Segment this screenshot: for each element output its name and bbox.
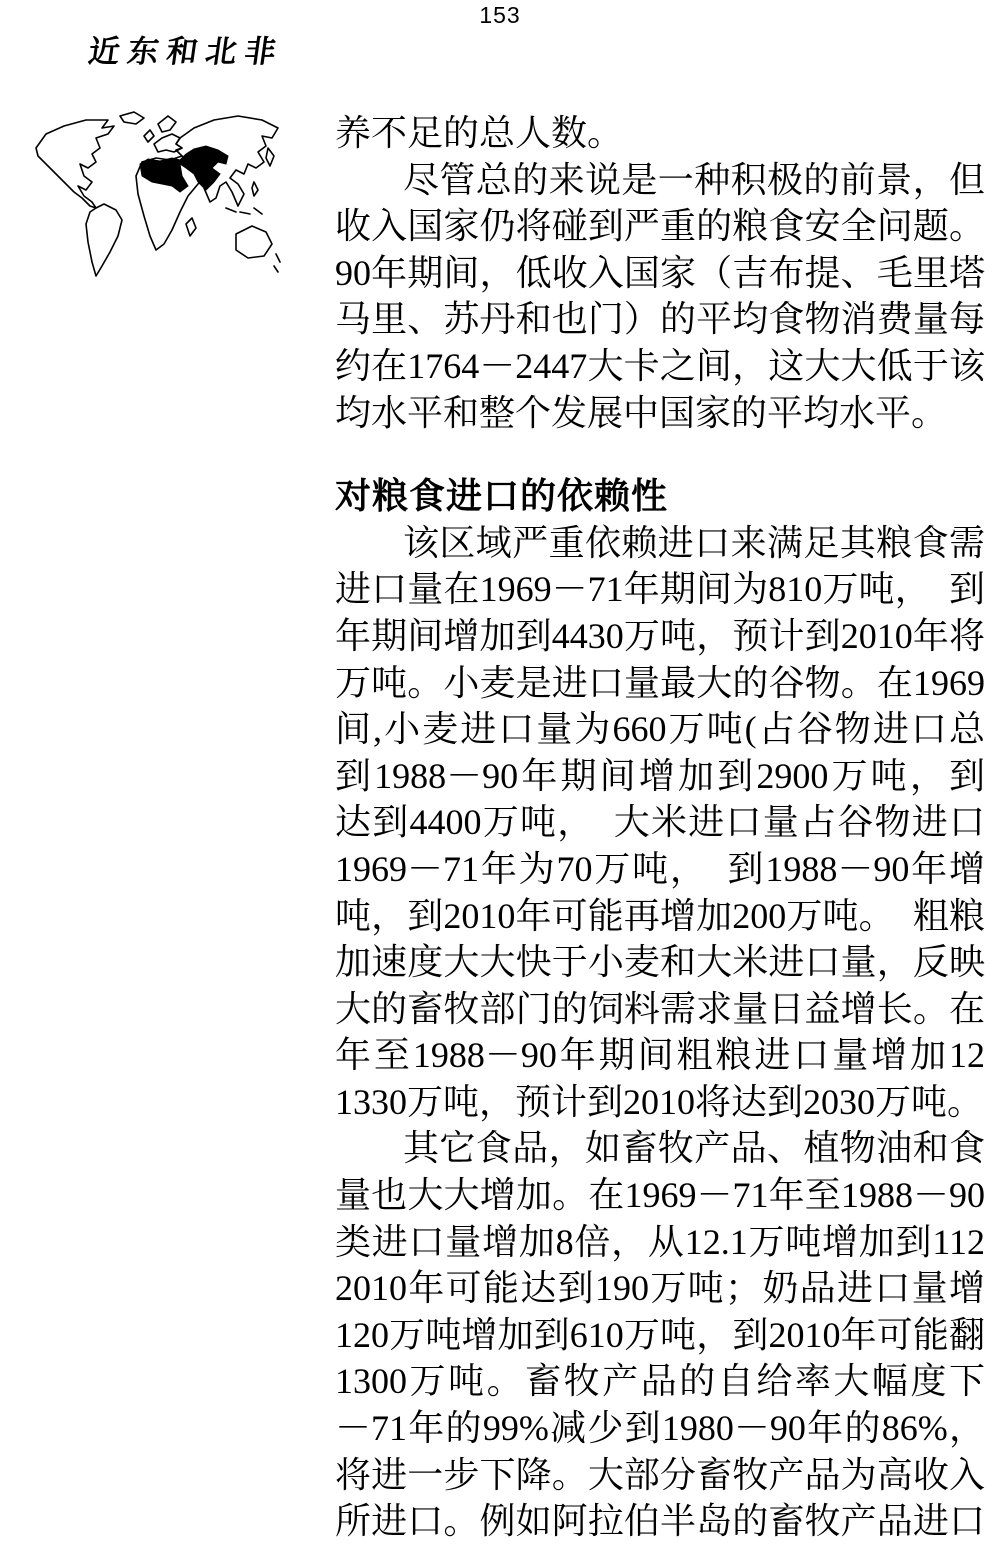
page-number: 153 — [0, 2, 1000, 29]
text-line: 年至1988－90年期间粗粮进口量增加12倍，增加到 — [335, 1032, 985, 1079]
text-line: 到1988－90年期间增加到2900万吨，到2010年可能 — [335, 753, 985, 800]
region-title: 近东和北非 — [86, 26, 287, 71]
text-line: 120万吨增加到610万吨，到2010年可能翻番，达到 — [335, 1312, 985, 1359]
world-map-highlight-near-east-north-africa — [30, 104, 286, 290]
text-line: －71年的99%减少到1980－90年的86%，预计今后 — [335, 1405, 985, 1452]
text-line: 所进口。例如阿拉伯半岛的畜牧产品进口值占该区 — [335, 1498, 985, 1545]
text-line: 90年期间，低收入国家（吉布提、毛里塔尼亚、索 — [335, 250, 985, 297]
text-line: 间,小麦进口量为660万吨(占谷物进口总量的82%)， — [335, 706, 985, 753]
text-line: 进口量在1969－71年期间为810万吨， 到1988－90 — [335, 566, 985, 613]
text-line: 该区域严重依赖进口来满足其粮食需要。谷物 — [335, 520, 985, 567]
text-line: 达到4400万吨， 大米进口量占谷物进口量的8%， — [335, 799, 985, 846]
text-line: 吨，到2010年可能再增加200万吨。 粗粮进口量增 — [335, 893, 985, 940]
text-line: 马里、苏丹和也门）的平均食物消费量每日每人大 — [335, 296, 985, 343]
text-line: 养不足的总人数。 — [335, 110, 985, 157]
text-line: 将进一步下降。大部分畜牧产品为高收入的产油国 — [335, 1452, 985, 1499]
body-text-column: 养不足的总人数。 尽管总的来说是一种积极的前景，但该区域低 收入国家仍将碰到严重… — [335, 110, 985, 1545]
world-map-graphic — [30, 104, 286, 290]
text-line: 约在1764－2447大卡之间，这大大低于该区域的平 — [335, 343, 985, 390]
scanned-document-page: 153 近东和北非 — [0, 0, 1000, 1553]
section-heading: 对粮食进口的依赖性 — [335, 473, 985, 520]
map-highlight-region — [140, 146, 228, 192]
text-line: 其它食品，如畜牧产品、植物油和食糖的进口 — [335, 1125, 985, 1172]
text-line: 2010年可能达到190万吨；奶品进口量增加4倍，从 — [335, 1265, 985, 1312]
text-line: 收入国家仍将碰到严重的粮食安全问题。在1988－ — [335, 203, 985, 250]
text-line: 1969－71年为70万吨， 到1988－90年增加到310万 — [335, 846, 985, 893]
text-line: 类进口量增加8倍，从12.1万吨增加到112万吨，到 — [335, 1219, 985, 1266]
text-line: 年期间增加到4430万吨，预计到2010年将达到7870 — [335, 613, 985, 660]
text-line: 大的畜牧部门的饲料需求量日益增长。在1969－71 — [335, 986, 985, 1033]
text-line: 1330万吨，预计到2010将达到2030万吨。 — [335, 1079, 985, 1126]
text-line: 1300万吨。畜牧产品的自给率大幅度下降，从1969 — [335, 1358, 985, 1405]
text-line: 量也大大增加。在1969－71年至1988－90年期间肉 — [335, 1172, 985, 1219]
text-line: 万吨。小麦是进口量最大的谷物。在1969－71年期 — [335, 660, 985, 707]
text-line: 均水平和整个发展中国家的平均水平。 — [335, 390, 985, 437]
text-line: 尽管总的来说是一种积极的前景，但该区域低 — [335, 157, 985, 204]
text-line: 加速度大大快于小麦和大米进口量，反映了不断扩 — [335, 939, 985, 986]
